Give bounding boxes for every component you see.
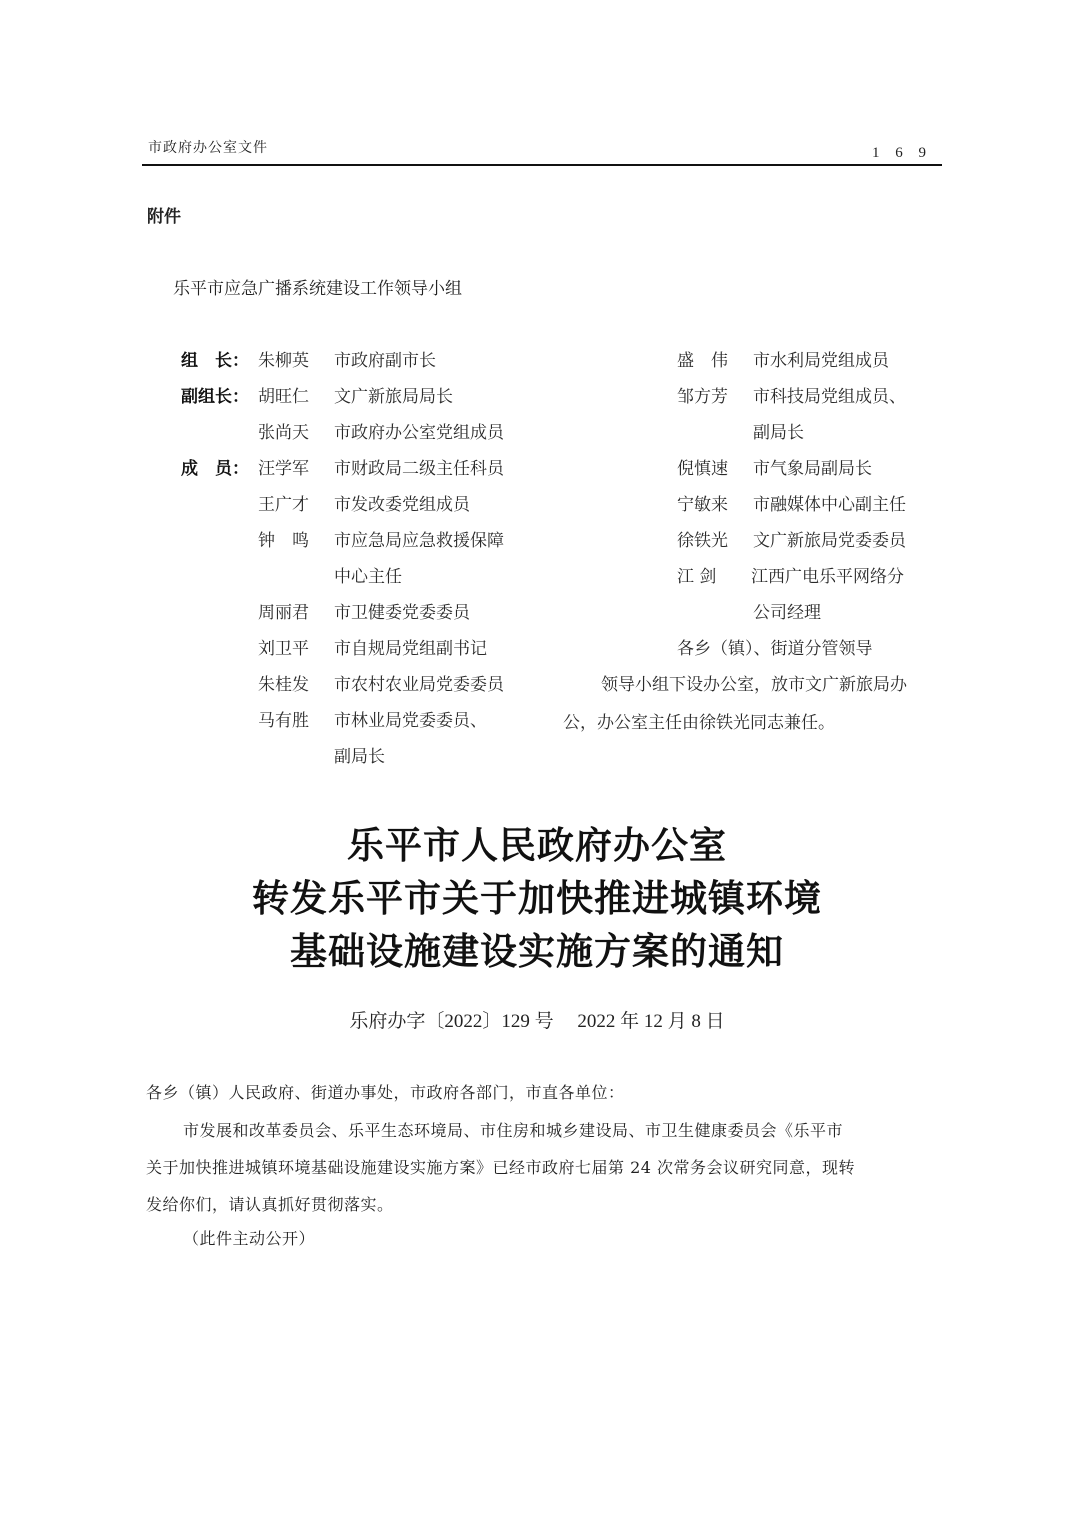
- member-name: 刘卫平: [258, 634, 309, 659]
- member-position: 文广新旅局局长: [334, 382, 453, 407]
- role-label: 组 长：: [181, 346, 249, 371]
- member-name: 王广才: [258, 490, 309, 515]
- body-line-3: 发给你们，请认真抓好贯彻落实。: [146, 1192, 394, 1215]
- member-position: 市水利局党组成员: [753, 346, 889, 371]
- member-position: 文广新旅局党委委员: [753, 526, 906, 551]
- running-header-title: 市政府办公室文件: [148, 137, 268, 157]
- member-name: 徐铁光: [677, 526, 728, 551]
- role-label: 成 员：: [181, 454, 249, 479]
- member-position: 市农村农业局党委委员: [334, 670, 504, 695]
- member-name: 江 剑: [677, 562, 716, 587]
- group-title: 乐平市应急广播系统建设工作领导小组: [173, 274, 462, 299]
- member-position: 副局长: [753, 418, 804, 443]
- member-name: 马有胜: [258, 706, 309, 731]
- member-name: 胡旺仁: [258, 382, 309, 407]
- member-name: 盛 伟: [677, 346, 728, 371]
- header-divider: [142, 164, 942, 166]
- member-position: 中心主任: [334, 562, 402, 587]
- member-position: 市财政局二级主任科员: [334, 454, 504, 479]
- member-name: 朱柳英: [258, 346, 309, 371]
- member-position: 市科技局党组成员、: [753, 382, 906, 407]
- member-position: 市自规局党组副书记: [334, 634, 487, 659]
- member-position: 副局长: [334, 742, 385, 767]
- disclosure-note: （此件主动公开）: [183, 1226, 315, 1249]
- office-note-line1: 领导小组下设办公室，放市文广新旅局办: [601, 670, 907, 695]
- member-position: 公司经理: [753, 598, 821, 623]
- role-label: 副组长：: [181, 382, 249, 407]
- office-note-line2: 公，办公室主任由徐铁光同志兼任。: [563, 708, 835, 733]
- document-number-date: 乐府办字〔2022〕129 号 2022 年 12 月 8 日: [0, 1006, 1074, 1033]
- member-position: 市融媒体中心副主任: [753, 490, 906, 515]
- page-number: 1 6 9: [872, 145, 932, 162]
- member-name: 倪慎速: [677, 454, 728, 479]
- member-name: 周丽君: [258, 598, 309, 623]
- member-position: 市政府办公室党组成员: [334, 418, 504, 443]
- member-name: 汪学军: [258, 454, 309, 479]
- member-name: 钟 鸣: [258, 526, 309, 551]
- member-name: 宁敏来: [677, 490, 728, 515]
- member-name: 张尚天: [258, 418, 309, 443]
- member-position: 市林业局党委委员、: [334, 706, 487, 731]
- member-position: 江西广电乐平网络分: [751, 562, 904, 587]
- body-line-2: 关于加快推进城镇环境基础设施建设实施方案》已经市政府七届第 24 次常务会议研究…: [146, 1155, 855, 1178]
- addressee: 各乡（镇）人民政府、街道办事处，市政府各部门，市直各单位：: [146, 1080, 625, 1103]
- member-position: 市政府副市长: [334, 346, 436, 371]
- notice-title-line-1: 乐平市人民政府办公室: [0, 815, 1074, 869]
- attachment-label: 附件: [147, 202, 181, 227]
- township-leaders: 各乡（镇）、街道分管领导: [677, 634, 873, 659]
- notice-title-line-3: 基础设施建设实施方案的通知: [0, 921, 1074, 975]
- body-line-1: 市发展和改革委员会、乐平生态环境局、市住房和城乡建设局、市卫生健康委员会《乐平市: [183, 1118, 843, 1141]
- member-position: 市气象局副局长: [753, 454, 872, 479]
- member-position: 市应急局应急救援保障: [334, 526, 504, 551]
- member-name: 朱桂发: [258, 670, 309, 695]
- notice-title-line-2: 转发乐平市关于加快推进城镇环境: [0, 868, 1074, 922]
- member-name: 邹方芳: [677, 382, 728, 407]
- member-position: 市卫健委党委委员: [334, 598, 470, 623]
- member-position: 市发改委党组成员: [334, 490, 470, 515]
